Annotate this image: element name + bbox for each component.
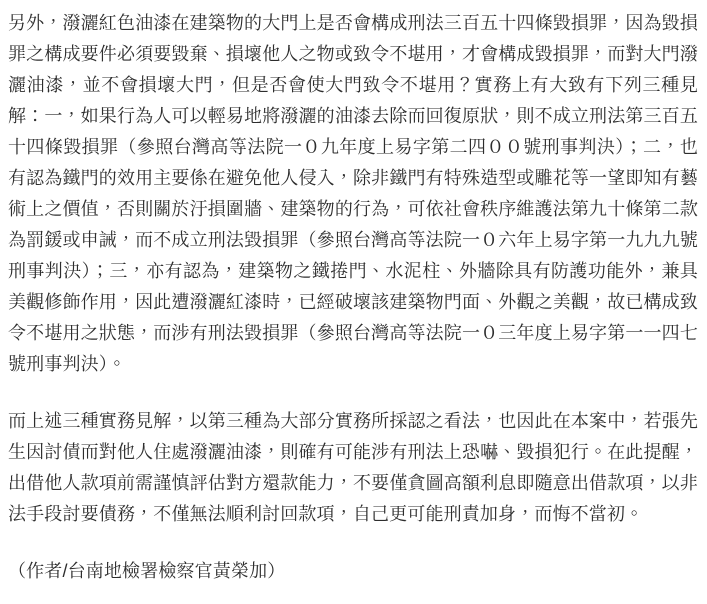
article-paragraph-conclusion: 而上述三種實務見解，以第三種為大部分實務所採認之看法，也因此在本案中，若張先生因… bbox=[8, 406, 698, 530]
article-paragraph-legal-analysis: 另外，潑灑紅色油漆在建築物的大門上是否會構成刑法三百五十四條毀損罪，因為毀損罪之… bbox=[8, 8, 698, 380]
article-body: 另外，潑灑紅色油漆在建築物的大門上是否會構成刑法三百五十四條毀損罪，因為毀損罪之… bbox=[0, 0, 707, 587]
article-author-line: （作者/台南地檢署檢察官黃榮加） bbox=[8, 556, 698, 587]
